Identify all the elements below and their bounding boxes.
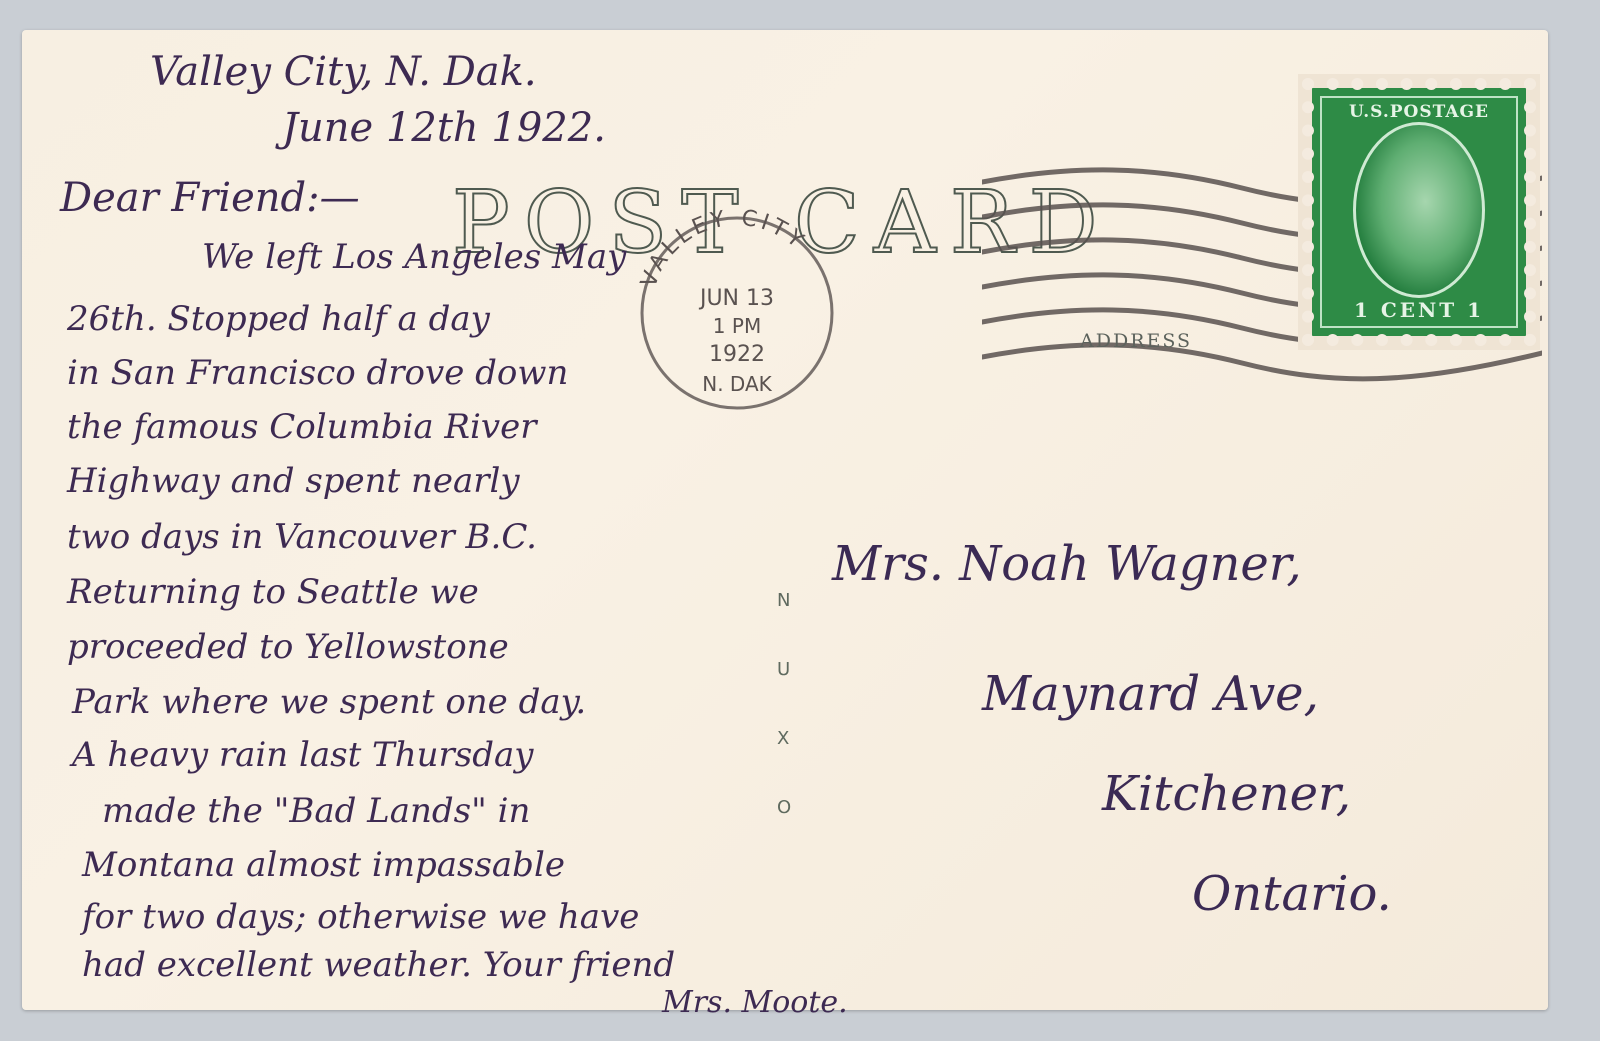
divider-letter: O: [777, 797, 791, 818]
recipient-city: Kitchener,: [1102, 770, 1351, 818]
divider-letter: N: [777, 590, 791, 611]
message-line: made the "Bad Lands" in: [102, 794, 530, 828]
message-date: June 12th 1922.: [282, 108, 606, 148]
stamp-frame: U.S.POSTAGE 1 CENT 1: [1320, 96, 1518, 328]
message-line: 26th. Stopped half a day: [67, 302, 490, 336]
washington-portrait-icon: [1353, 122, 1485, 298]
postcard-back: POST CARD ADDRESS N U X O VALLEY CITY JU…: [22, 30, 1548, 1010]
message-line: had excellent weather. Your friend: [82, 948, 675, 982]
message-signature: Mrs. Moote.: [662, 988, 848, 1018]
message-line: the famous Columbia River: [67, 410, 536, 444]
postmark-circle: VALLEY CITY JUN 13 1 PM 1922 N. DAK: [612, 195, 862, 425]
postage-stamp: U.S.POSTAGE 1 CENT 1: [1312, 88, 1526, 336]
recipient-street: Maynard Ave,: [982, 670, 1319, 718]
divider-letters: N U X O: [777, 590, 791, 818]
divider-letter: U: [777, 659, 791, 680]
message-place: Valley City, N. Dak.: [150, 52, 537, 92]
postmark-year: 1922: [709, 342, 765, 367]
postmark-date: JUN 13: [698, 286, 774, 311]
postmark-state: N. DAK: [702, 372, 772, 396]
message-salutation: Dear Friend:—: [60, 178, 360, 218]
message-line: We left Los Angeles May: [202, 240, 626, 274]
message-line: Montana almost impassable: [82, 848, 565, 882]
message-line: two days in Vancouver B.C.: [67, 520, 537, 554]
address-label: ADDRESS: [1080, 330, 1192, 352]
stamp-top-text: U.S.POSTAGE: [1349, 102, 1489, 122]
svg-text:VALLEY CITY: VALLEY CITY: [636, 206, 810, 291]
recipient-province: Ontario.: [1192, 870, 1392, 918]
message-line: Highway and spent nearly: [67, 464, 520, 498]
recipient-name: Mrs. Noah Wagner,: [832, 540, 1302, 588]
message-line: Park where we spent one day.: [72, 685, 586, 719]
postmark-time: 1 PM: [713, 314, 761, 338]
message-line: proceeded to Yellowstone: [67, 630, 509, 664]
divider-letter: X: [777, 728, 791, 749]
message-line: for two days; otherwise we have: [82, 900, 639, 934]
message-line: A heavy rain last Thursday: [72, 738, 533, 772]
message-line: Returning to Seattle we: [67, 575, 479, 609]
message-line: in San Francisco drove down: [67, 356, 568, 390]
stamp-denomination: 1 CENT 1: [1354, 298, 1484, 322]
postmark-city: VALLEY CITY: [636, 206, 810, 291]
